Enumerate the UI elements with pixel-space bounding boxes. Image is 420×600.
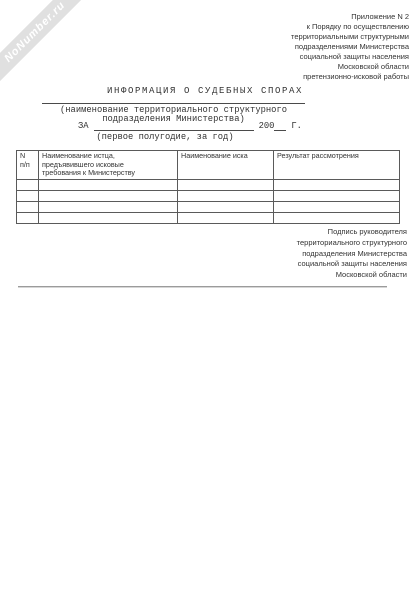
document-title: ИНФОРМАЦИЯ О СУДЕБНЫХ СПОРАХ bbox=[0, 86, 410, 96]
watermark-ribbon: NoNumber.ru bbox=[0, 0, 95, 92]
table-cell-empty bbox=[274, 190, 400, 201]
period-year: 200 bbox=[259, 121, 275, 131]
table-cell-empty bbox=[178, 201, 274, 212]
table-header-row: N п/п Наименование истца, предъявившего … bbox=[17, 151, 400, 180]
period-blank-field bbox=[94, 121, 254, 131]
col-header-result: Результат рассмотрения bbox=[274, 151, 400, 180]
table-row bbox=[17, 212, 400, 223]
appendix-note: Приложение N 2 к Порядку по осуществлени… bbox=[291, 12, 409, 82]
table-cell-empty bbox=[17, 179, 39, 190]
table-cell-empty bbox=[178, 212, 274, 223]
table-cell-empty bbox=[39, 212, 178, 223]
table-cell-empty bbox=[17, 190, 39, 201]
signature-block: Подпись руководителя территориального ст… bbox=[297, 227, 407, 281]
period-year-blank bbox=[274, 121, 286, 131]
disputes-table: N п/п Наименование истца, предъявившего … bbox=[16, 150, 400, 224]
period-line: ЗА 200 Г. bbox=[78, 120, 302, 131]
table-cell-empty bbox=[274, 212, 400, 223]
period-caption: (первое полугодие, за год) bbox=[42, 132, 288, 142]
bottom-divider bbox=[18, 286, 387, 288]
table-cell-empty bbox=[274, 179, 400, 190]
table-cell-empty bbox=[178, 190, 274, 201]
table-cell-empty bbox=[39, 190, 178, 201]
col-header-claim: Наименование иска bbox=[178, 151, 274, 180]
table-row bbox=[17, 190, 400, 201]
table-row bbox=[17, 179, 400, 190]
table-cell-empty bbox=[274, 201, 400, 212]
org-name-blank-line bbox=[42, 103, 305, 104]
table-cell-empty bbox=[39, 201, 178, 212]
col-header-plaintiff: Наименование истца, предъявившего исковы… bbox=[39, 151, 178, 180]
table-cell-empty bbox=[17, 212, 39, 223]
table-cell-empty bbox=[178, 179, 274, 190]
disputes-table-body bbox=[17, 179, 400, 223]
table-row bbox=[17, 201, 400, 212]
table-cell-empty bbox=[39, 179, 178, 190]
document-page: NoNumber.ru Приложение N 2 к Порядку по … bbox=[0, 0, 420, 600]
table-cell-empty bbox=[17, 201, 39, 212]
col-header-number: N п/п bbox=[17, 151, 39, 180]
period-prefix: ЗА bbox=[78, 121, 89, 131]
period-suffix: Г. bbox=[291, 121, 302, 131]
watermark-text: NoNumber.ru bbox=[2, 0, 68, 65]
